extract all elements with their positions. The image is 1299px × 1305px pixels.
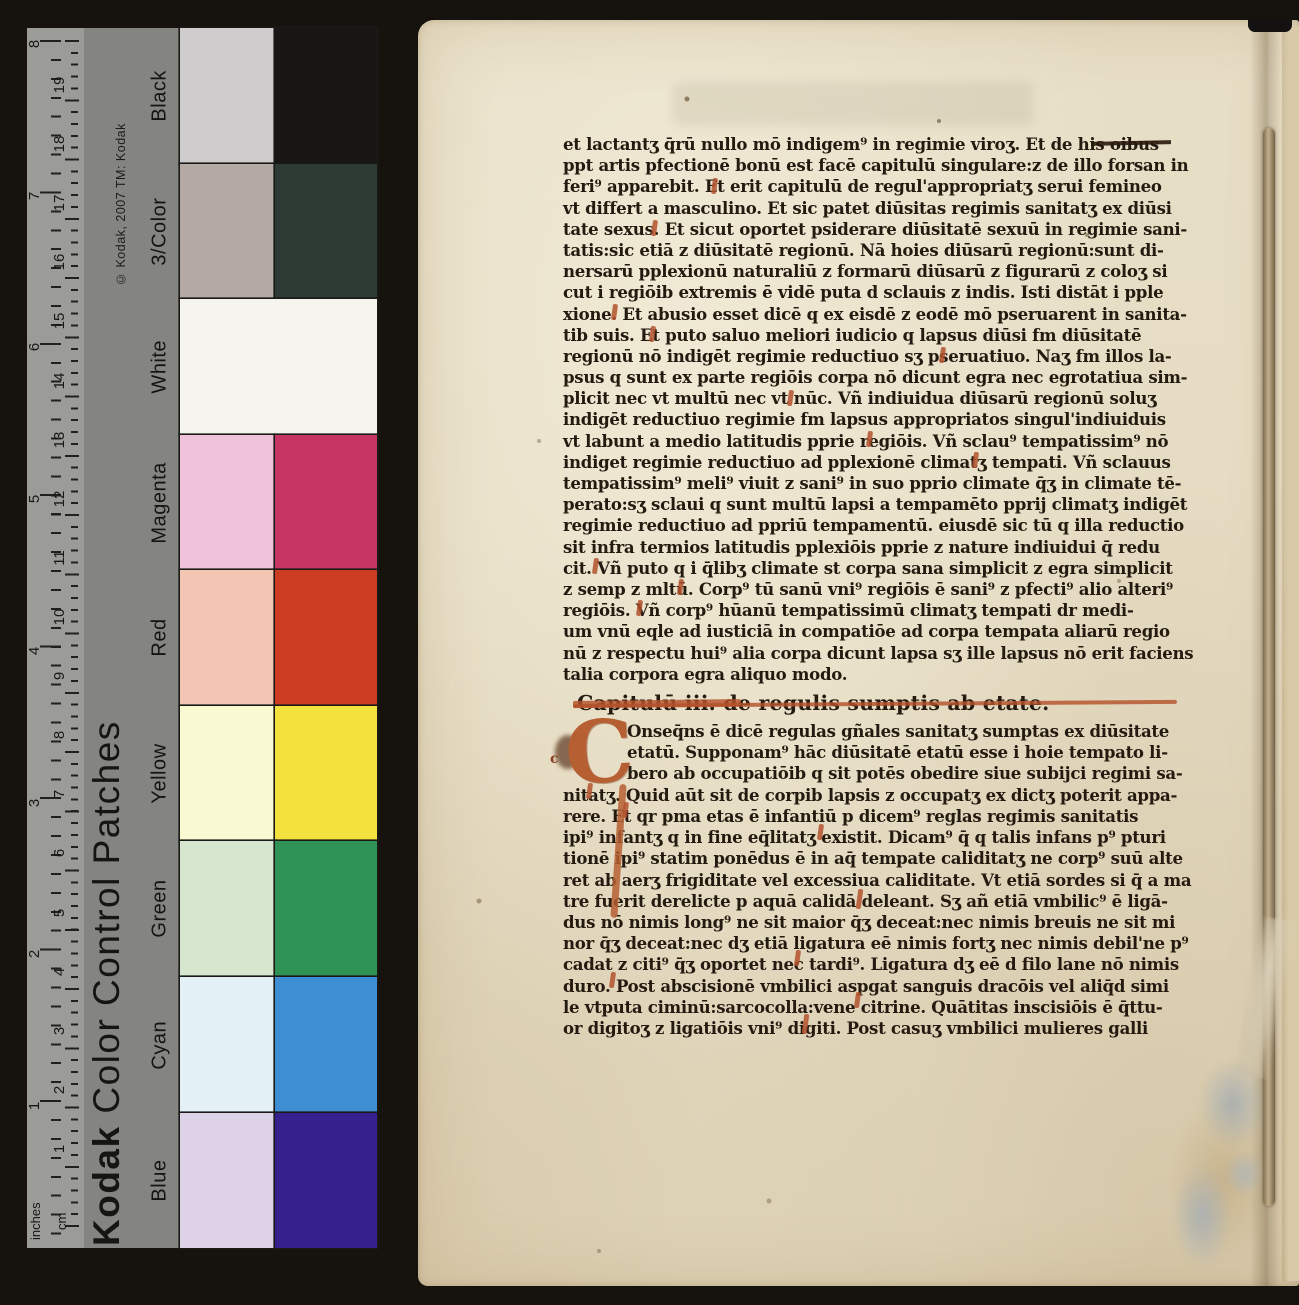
ruler-number: 19 (49, 74, 71, 96)
rubricated-initial: c C (563, 721, 627, 785)
text-line: talia corpora egra aliquo modo. (563, 664, 1179, 685)
scanned-photo: 87654321 19181716151413121110987654321 i… (0, 0, 1299, 1305)
patch-label: Green (140, 841, 180, 977)
ruler-ticks-cm-minor (71, 40, 78, 1236)
text-line: et lactantʒ q̄rū nullo mō indigem⁹ in re… (563, 134, 1179, 155)
ruler-number: 4 (24, 640, 46, 662)
guide-letter: c (550, 751, 559, 767)
text-line: regiōis. Vñ corp⁹ hūanū tempatissimū cli… (563, 600, 1179, 621)
patch-row: 3/Color (140, 164, 377, 300)
text-line: nor q̄ʒ deceat:nec dʒ etiā ligatura eē n… (563, 933, 1179, 954)
text-line: xione. Et abusio esset dicē q ex eisdē z… (563, 304, 1179, 325)
patch-label: Black (140, 28, 180, 164)
patch-label: Magenta (140, 435, 180, 571)
brand-kodak: Kodak (86, 1125, 127, 1246)
ruler-number: 8 (49, 724, 71, 746)
patch-row: Blue (140, 1113, 377, 1249)
text-line: Onseq̄ns ē dicē regulas gñales sanitatʒ … (627, 721, 1182, 742)
text-line: tre fuerit derelicte p aquā calidā delea… (563, 891, 1179, 912)
patch-row: Yellow (140, 706, 377, 842)
text-line: dus nō nimis long⁹ ne sit maior q̄ʒ dece… (563, 912, 1179, 933)
text-line: duro. Post abscisionē vmbilici aspgat sa… (563, 976, 1179, 997)
patch-label: 3/Color (140, 164, 180, 300)
patch-row: White (140, 299, 377, 435)
text-line: nū z respectu hui⁹ alia corpa dicunt lap… (563, 643, 1179, 664)
color-patch-light (180, 706, 275, 842)
text-line: ret ab aerʒ frigiditate vel excessiua ca… (563, 870, 1179, 891)
paragraph-1: et lactantʒ q̄rū nullo mō indigem⁹ in re… (563, 134, 1179, 685)
text-line: indigēt reductiuo regimie fm lapsus appr… (563, 409, 1179, 430)
text-line: indiget regimie reductiuo ad pplexionē c… (563, 452, 1179, 473)
page-edge-notch (1248, 20, 1292, 32)
text-line: or digitoʒ z ligatiōis vni⁹ digiti. Post… (563, 1018, 1179, 1039)
color-patch-strong (275, 164, 377, 300)
brand-text: Kodak Color Control Patches (86, 416, 128, 1246)
patch-row: Cyan (140, 977, 377, 1113)
text-line: tatis:sic etiā z diūsitatē regionū. Nā h… (563, 240, 1179, 261)
ruler-inch-numbers: 87654321 (27, 33, 42, 1117)
patch-rows: Black 3/Color White Magenta (140, 28, 377, 1248)
text-line: z semp z mltū. Corp⁹ tū sanū vni⁹ regiōi… (563, 579, 1179, 600)
text-line: plicit nec vt multū nec vt nūc. Vñ indiu… (563, 388, 1179, 409)
text-line: psus q sunt ex parte regiōis corpa nō di… (563, 367, 1179, 388)
color-patch-light (180, 28, 275, 164)
patch-label: Cyan (140, 977, 180, 1113)
text-line: cadat z citi⁹ q̄ʒ oportet nec tardi⁹. Li… (563, 954, 1179, 975)
manuscript-page: et lactantʒ q̄rū nullo mō indigem⁹ in re… (418, 20, 1299, 1286)
color-patch-light (180, 977, 275, 1113)
text-line: etatū. Supponam⁹ hāc diūsitatē etatū ess… (627, 742, 1182, 763)
ruler-number: 9 (49, 665, 71, 687)
ruler-cm-numbers: 19181716151413121110987654321 (52, 74, 67, 1160)
text-line: tempatissim⁹ meli⁹ viuit z sani⁹ in suo … (563, 473, 1179, 494)
text-line: sit infra termios latitudis pplexiōis pp… (563, 537, 1179, 558)
text-line: cut i regiōib extremis ē vidē puta d scl… (563, 282, 1179, 303)
foxing-specks (418, 20, 420, 22)
text-line: rere. Et qr pma etas ē infantiū p dicem⁹… (563, 806, 1179, 827)
ruler-number: 11 (49, 547, 71, 569)
kodak-color-card: 87654321 19181716151413121110987654321 i… (27, 28, 377, 1248)
patch-row: Magenta (140, 435, 377, 571)
chapter-heading: Capitulū iii. de regulis sumptis ab etat… (563, 687, 1179, 721)
patch-label: Blue (140, 1113, 180, 1249)
text-line: regionū nō indigēt regimie reductiuo sʒ … (563, 346, 1179, 367)
color-patch-light (180, 570, 275, 706)
ruler-number: 13 (49, 429, 71, 451)
ruler-number: 2 (24, 943, 46, 965)
color-patch-strong (275, 977, 377, 1113)
ruler-number: 8 (24, 33, 46, 55)
text-line: cit. Vñ puto q i q̄libʒ climate st corpa… (563, 558, 1179, 579)
color-patch-strong (275, 28, 377, 164)
text-line: regimie reductiuo ad ppriū tempamentū. e… (563, 515, 1179, 536)
ruler-number: 5 (24, 488, 46, 510)
text-line: ipi⁹ infantʒ q in fine eq̄litatʒ existit… (563, 827, 1179, 848)
color-patch-light (180, 164, 275, 300)
patch-label: Yellow (140, 706, 180, 842)
patch-row: Green (140, 841, 377, 977)
text-line: tionē ipi⁹ statim ponēdus ē in aq̄ tempa… (563, 848, 1179, 869)
brand-rest: Color Control Patches (86, 720, 127, 1125)
initial-letter: C (563, 711, 636, 794)
text-line: bero ab occupatiōib q sit potēs obedire … (627, 763, 1182, 784)
color-patch-strong (275, 706, 377, 842)
color-patch-strong (275, 570, 377, 706)
ruler-number: 10 (49, 606, 71, 628)
color-patch-light (180, 299, 377, 435)
patch-row: Red (140, 570, 377, 706)
ruler-number: 14 (49, 370, 71, 392)
text-line: feri⁹ apparebit. Et erit capitulū de reg… (563, 176, 1179, 197)
ruler-number: 15 (49, 310, 71, 332)
text-line: le vtputa ciminū:sarcocolla:vene citrine… (563, 997, 1179, 1018)
copyright-text: © Kodak, 2007 TM: Kodak (114, 66, 128, 286)
text-line: um vnū eqle ad iusticiā in compatiōe ad … (563, 621, 1179, 642)
color-patch-strong (275, 435, 377, 571)
ruler-number: 1 (49, 1138, 71, 1160)
patch-label: White (140, 299, 180, 435)
text-line: ppt artis pfectionē bonū est facē capitu… (563, 155, 1179, 176)
ruler-number: 7 (49, 783, 71, 805)
ruler-number: 6 (24, 336, 46, 358)
ruler-number: 1 (24, 1095, 46, 1117)
water-stain (1146, 1052, 1286, 1286)
brand-bar: © Kodak, 2007 TM: Kodak Kodak Color Cont… (84, 28, 140, 1248)
text-line: vt differt a masculino. Et sic patet diū… (563, 198, 1179, 219)
ruler-number: 12 (49, 488, 71, 510)
paragraph-2-indented-lines: Onseq̄ns ē dicē regulas gñales sanitatʒ … (627, 721, 1182, 785)
ruler-number: 2 (49, 1079, 71, 1101)
paragraph-2-opening: c C Onseq̄ns ē dicē regulas gñales sanit… (563, 721, 1179, 785)
ruler-number: 16 (49, 251, 71, 273)
color-patch-strong (275, 841, 377, 977)
ruler-number: 3 (49, 1020, 71, 1042)
ruler-number: 4 (49, 961, 71, 983)
paragraph-2: nitatʒ. Quid aūt sit de corpib lapsis z … (563, 785, 1179, 1039)
text-line: perato:sʒ sclaui q sunt multū lapsi a te… (563, 494, 1179, 515)
color-patch-strong (275, 1113, 377, 1249)
color-patch-light (180, 1113, 275, 1249)
patch-row: Black (140, 28, 377, 164)
color-patch-light (180, 435, 275, 571)
text-block: et lactantʒ q̄rū nullo mō indigem⁹ in re… (563, 134, 1179, 1084)
ruler: 87654321 19181716151413121110987654321 i… (27, 28, 84, 1248)
ruler-cm-label: cm (54, 1200, 69, 1230)
text-line: nersarū pplexionū naturaliū z formarū di… (563, 261, 1179, 282)
show-through (673, 82, 1033, 126)
ruler-number: 6 (49, 842, 71, 864)
ruler-number: 7 (24, 185, 46, 207)
ruler-number: 18 (49, 133, 71, 155)
patch-label: Red (140, 570, 180, 706)
ruler-number: 3 (24, 792, 46, 814)
color-patch-light (180, 841, 275, 977)
text-line: nitatʒ. Quid aūt sit de corpib lapsis z … (563, 785, 1179, 806)
ruler-inches-label: inches (28, 1186, 43, 1240)
ruler-number: 17 (49, 192, 71, 214)
ruler-number: 5 (49, 902, 71, 924)
